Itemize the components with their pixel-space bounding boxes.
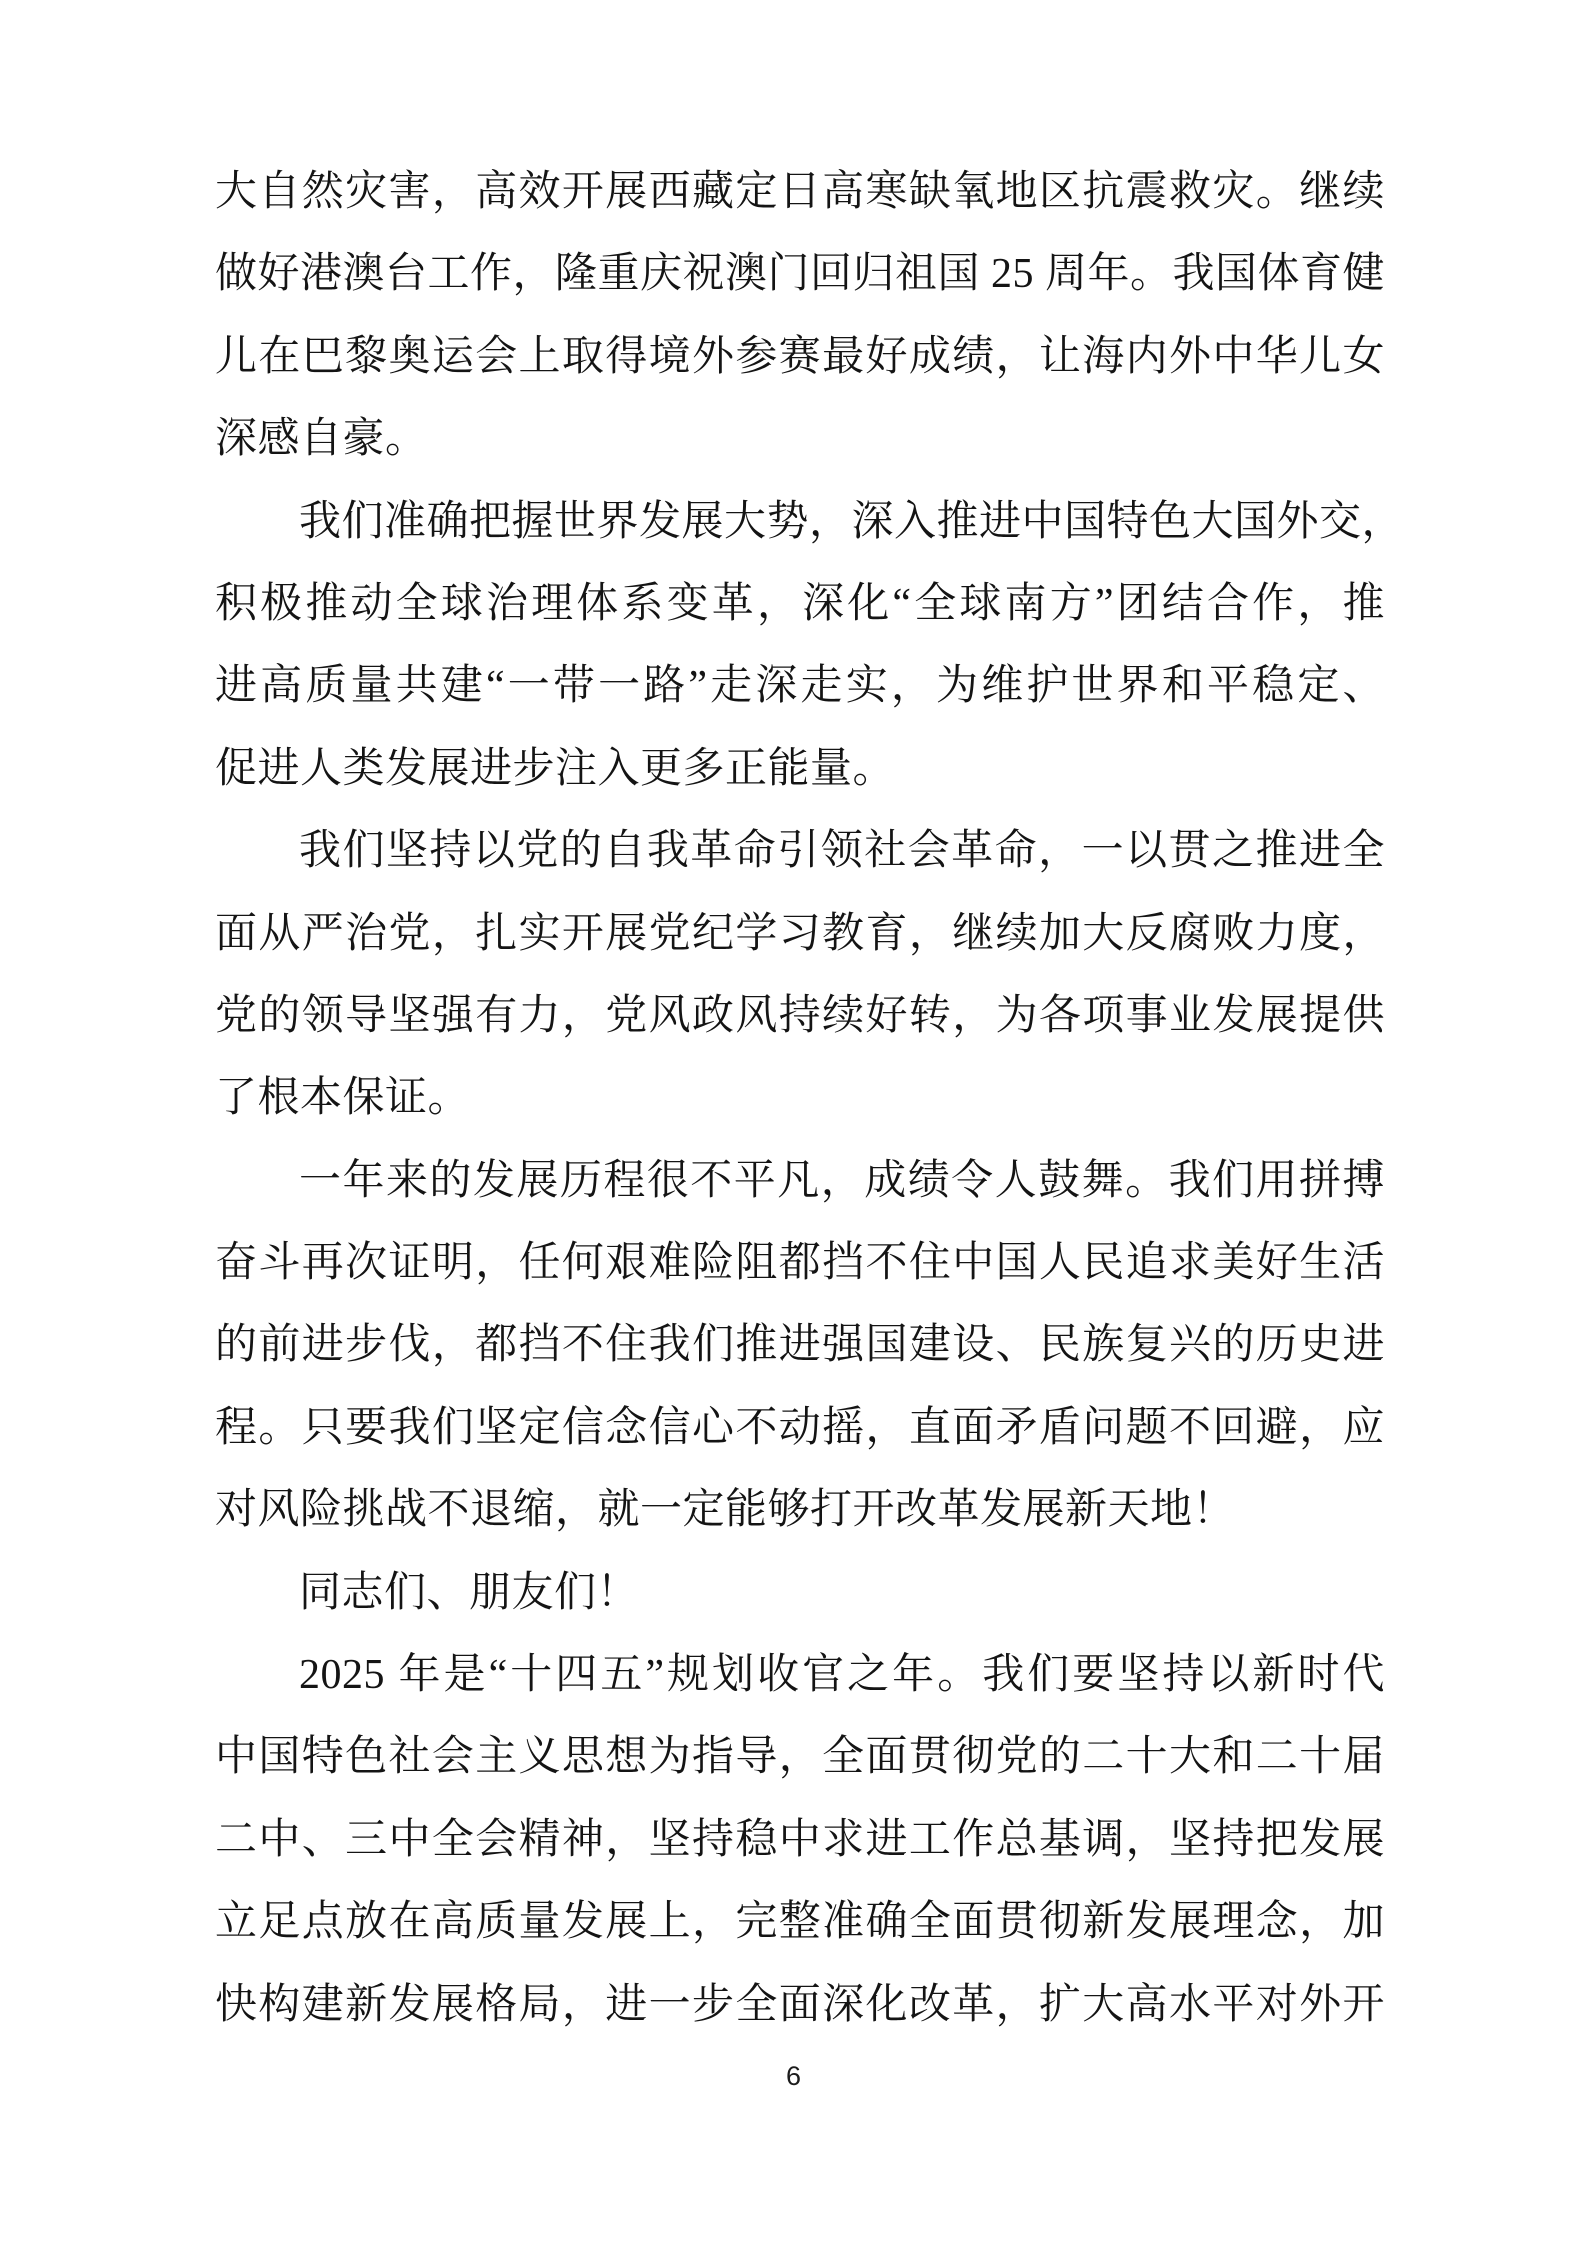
text-line: 我们准确把握世界发展大势，深入推进中国特色大国外交， bbox=[215, 481, 1385, 563]
text-line: 促进人类发展进步注入更多正能量。 bbox=[215, 728, 1385, 810]
text-line: 2025 年是“十四五”规划收官之年。我们要坚持以新时代 bbox=[215, 1634, 1385, 1716]
text-line: 对风险挑战不退缩，就一定能够打开改革发展新天地！ bbox=[215, 1469, 1385, 1551]
paragraph-continuation: 大自然灾害，高效开展西藏定日高寒缺氧地区抗震救灾。继续 做好港澳台工作，隆重庆祝… bbox=[215, 151, 1385, 481]
text-line: 程。只要我们坚定信念信心不动摇，直面矛盾问题不回避，应 bbox=[215, 1387, 1385, 1469]
paragraph-party-governance: 我们坚持以党的自我革命引领社会革命，一以贯之推进全 面从严治党，扎实开展党纪学习… bbox=[215, 810, 1385, 1140]
text-line: 的前进步伐，都挡不住我们推进强国建设、民族复兴的历史进 bbox=[215, 1304, 1385, 1386]
paragraph-salutation: 同志们、朋友们！ bbox=[215, 1552, 1385, 1634]
text-line: 做好港澳台工作，隆重庆祝澳门回归祖国 25 周年。我国体育健 bbox=[215, 233, 1385, 315]
text-line: 党的领导坚强有力，党风政风持续好转，为各项事业发展提供 bbox=[215, 975, 1385, 1057]
paragraph-2025-outlook: 2025 年是“十四五”规划收官之年。我们要坚持以新时代 中国特色社会主义思想为… bbox=[215, 1634, 1385, 2046]
text-line: 我们坚持以党的自我革命引领社会革命，一以贯之推进全 bbox=[215, 810, 1385, 892]
text-line: 深感自豪。 bbox=[215, 398, 1385, 480]
document-body: 大自然灾害，高效开展西藏定日高寒缺氧地区抗震救灾。继续 做好港澳台工作，隆重庆祝… bbox=[215, 151, 1385, 2046]
text-line: 同志们、朋友们！ bbox=[215, 1552, 1385, 1634]
text-line: 二中、三中全会精神，坚持稳中求进工作总基调，坚持把发展 bbox=[215, 1799, 1385, 1881]
text-line: 了根本保证。 bbox=[215, 1057, 1385, 1139]
document-page: 大自然灾害，高效开展西藏定日高寒缺氧地区抗震救灾。继续 做好港澳台工作，隆重庆祝… bbox=[0, 0, 1587, 2245]
text-line: 进高质量共建“一带一路”走深走实，为维护世界和平稳定、 bbox=[215, 645, 1385, 727]
paragraph-yearly-review: 一年来的发展历程很不平凡，成绩令人鼓舞。我们用拼搏 奋斗再次证明，任何艰难险阻都… bbox=[215, 1140, 1385, 1552]
paragraph-diplomacy: 我们准确把握世界发展大势，深入推进中国特色大国外交， 积极推动全球治理体系变革，… bbox=[215, 481, 1385, 811]
text-line: 儿在巴黎奥运会上取得境外参赛最好成绩，让海内外中华儿女 bbox=[215, 316, 1385, 398]
text-line: 中国特色社会主义思想为指导，全面贯彻党的二十大和二十届 bbox=[215, 1716, 1385, 1798]
text-line: 积极推动全球治理体系变革，深化“全球南方”团结合作，推 bbox=[215, 563, 1385, 645]
text-line: 一年来的发展历程很不平凡，成绩令人鼓舞。我们用拼搏 bbox=[215, 1140, 1385, 1222]
text-line: 快构建新发展格局，进一步全面深化改革，扩大高水平对外开 bbox=[215, 1964, 1385, 2046]
text-line: 奋斗再次证明，任何艰难险阻都挡不住中国人民追求美好生活 bbox=[215, 1222, 1385, 1304]
text-line: 大自然灾害，高效开展西藏定日高寒缺氧地区抗震救灾。继续 bbox=[215, 151, 1385, 233]
text-line: 立足点放在高质量发展上，完整准确全面贯彻新发展理念，加 bbox=[215, 1881, 1385, 1963]
text-line: 面从严治党，扎实开展党纪学习教育，继续加大反腐败力度， bbox=[215, 893, 1385, 975]
page-number: 6 bbox=[0, 2056, 1587, 2096]
